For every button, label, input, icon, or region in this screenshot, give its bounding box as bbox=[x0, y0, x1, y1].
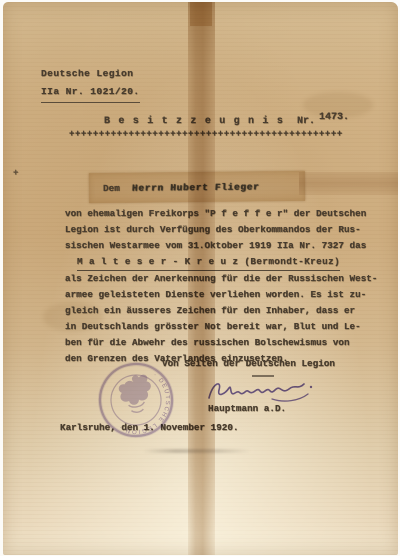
certificate-number: 1473. bbox=[319, 112, 349, 123]
stray-plus-mark: + bbox=[13, 168, 18, 178]
body-paragraph: von ehemaligen Freikorps "P f e f f e r"… bbox=[65, 206, 377, 367]
reference-block: Deutsche Legion IIa Nr. 1021/20. bbox=[41, 65, 140, 103]
title-nr-label: Nr. bbox=[297, 116, 315, 127]
handwritten-signature bbox=[204, 375, 319, 407]
file-number: IIa Nr. 1021/20. bbox=[41, 83, 140, 103]
certificate-paper: Deutsche Legion IIa Nr. 1021/20. B e s i… bbox=[3, 2, 398, 555]
body-line: sischen Westarmee vom 31.Oktober 1919 II… bbox=[65, 238, 377, 254]
pasted-name-strip: Dem Herrn Hubert Flieger bbox=[89, 171, 305, 203]
round-legion-stamp: · DEUTSCHE LEGION · bbox=[89, 353, 184, 448]
body-line: armee geleisteten Dienste verliehen word… bbox=[65, 287, 377, 303]
body-line: als Zeichen der Anerkennung für die der … bbox=[65, 271, 377, 287]
body-line: Legion ist durch Verfügung des Oberkomma… bbox=[65, 222, 377, 238]
tape-band-right bbox=[299, 172, 398, 195]
award-name-line: M a l t e s e r - K r e u z (Bermondt-Kr… bbox=[77, 254, 340, 271]
org-name: Deutsche Legion bbox=[41, 65, 140, 83]
body-line: von ehemaligen Freikorps "P f e f f e r"… bbox=[65, 206, 377, 222]
salutation-dem: Dem bbox=[103, 182, 120, 193]
body-line: ben für die Abwehr des russischen Bolsch… bbox=[65, 335, 377, 351]
title-besitzzeugnis: B e s i t z z e u g n i s bbox=[104, 116, 284, 127]
plus-divider: ++++++++++++++++++++++++++++++++++++++++… bbox=[69, 129, 343, 139]
recipient-name: Herrn Hubert Flieger bbox=[131, 181, 259, 193]
body-line: in Deutschlands grösster Not bereit war,… bbox=[65, 319, 377, 335]
title-row: B e s i t z z e u g n i sNr.1473. bbox=[104, 116, 349, 127]
body-line: gleich ein äusseres Zeichen für den Inha… bbox=[65, 303, 377, 319]
closing-line: Von Seiten der Deutschen Legion bbox=[162, 358, 335, 369]
pencil-smudge bbox=[143, 449, 251, 453]
scanned-photo: Deutsche Legion IIa Nr. 1021/20. B e s i… bbox=[0, 0, 400, 556]
